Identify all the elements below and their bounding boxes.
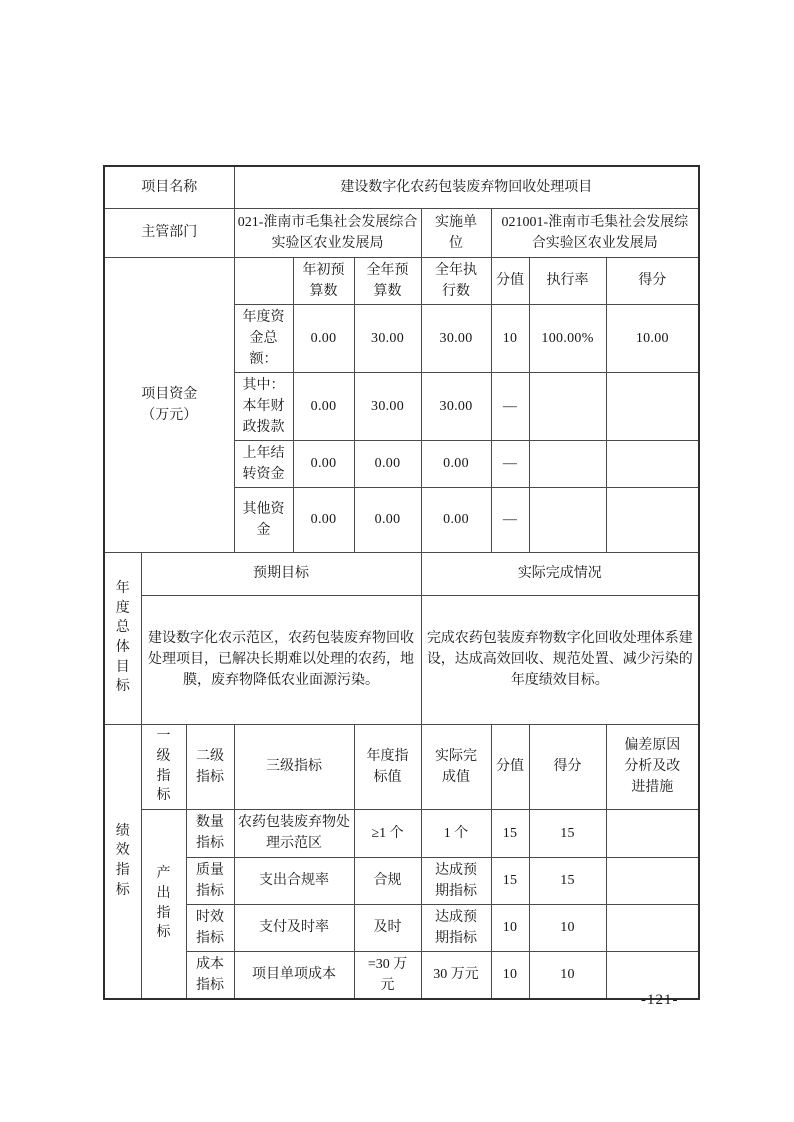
perf-actual-cell: 达成预期指标 bbox=[421, 857, 491, 904]
expected-goal-header: 预期目标 bbox=[141, 552, 421, 595]
fund-score-value bbox=[606, 372, 699, 440]
dept-value: 021-淮南市毛集社会发展综合实验区农业发展局 bbox=[234, 208, 421, 257]
perf-deviation-cell bbox=[606, 857, 699, 904]
funds-section-label: 项目资金（万元） bbox=[104, 257, 234, 552]
funds-header-score-weight: 分值 bbox=[491, 257, 529, 304]
perf-header-deviation: 偏差原因分析及改进措施 bbox=[606, 724, 699, 809]
funds-subheader-empty-cell bbox=[234, 257, 293, 304]
perf-deviation-cell bbox=[606, 809, 699, 857]
perf-weight-cell: 15 bbox=[491, 857, 529, 904]
fund-weight-value: — bbox=[491, 372, 529, 440]
document-page: 项目名称 建设数字化农药包装废弃物回收处理项目 主管部门 021-淮南市毛集社会… bbox=[0, 0, 794, 1122]
fund-score-value bbox=[606, 487, 699, 552]
perf-l3-cell: 项目单项成本 bbox=[234, 951, 354, 999]
fund-annual-value: 0.00 bbox=[354, 440, 421, 487]
dept-label: 主管部门 bbox=[104, 208, 234, 257]
fund-executed-value: 30.00 bbox=[421, 372, 491, 440]
fund-annual-value: 30.00 bbox=[354, 372, 421, 440]
perf-header-level1: 一级指标 bbox=[141, 724, 186, 809]
fund-initial-value: 0.00 bbox=[293, 304, 354, 372]
perf-header-target: 年度指标值 bbox=[354, 724, 421, 809]
perf-l2-cell: 质量指标 bbox=[186, 857, 234, 904]
fund-weight-value: — bbox=[491, 487, 529, 552]
perf-l3-cell: 支付及时率 bbox=[234, 904, 354, 951]
fund-annual-value: 30.00 bbox=[354, 304, 421, 372]
fund-row-name: 上年结转资金 bbox=[234, 440, 293, 487]
perf-l3-cell: 支出合规率 bbox=[234, 857, 354, 904]
fund-score-value: 10.00 bbox=[606, 304, 699, 372]
perf-l2-cell: 时效指标 bbox=[186, 904, 234, 951]
actual-goal-header: 实际完成情况 bbox=[421, 552, 699, 595]
perf-header-level2: 二级指标 bbox=[186, 724, 234, 809]
performance-evaluation-table: 项目名称 建设数字化农药包装废弃物回收处理项目 主管部门 021-淮南市毛集社会… bbox=[103, 165, 700, 1000]
fund-score-value bbox=[606, 440, 699, 487]
perf-weight-cell: 10 bbox=[491, 904, 529, 951]
actual-goal-text: 完成农药包装废弃物数字化回收处理体系建设，达成高效回收、规范处置、减少污染的年度… bbox=[421, 595, 699, 724]
perf-target-cell: ≥1 个 bbox=[354, 809, 421, 857]
impl-unit-label: 实施单位 bbox=[421, 208, 491, 257]
project-name-value: 建设数字化农药包装废弃物回收处理项目 bbox=[234, 166, 699, 208]
fund-executed-value: 0.00 bbox=[421, 440, 491, 487]
perf-actual-cell: 达成预期指标 bbox=[421, 904, 491, 951]
perf-l2-cell: 数量指标 bbox=[186, 809, 234, 857]
fund-exec-rate-value bbox=[529, 372, 606, 440]
project-name-label: 项目名称 bbox=[104, 166, 234, 208]
impl-unit-value: 021001-淮南市毛集社会发展综合实验区农业发展局 bbox=[491, 208, 699, 257]
perf-target-cell: 合规 bbox=[354, 857, 421, 904]
annual-goal-label: 年度总体目标 bbox=[104, 552, 141, 724]
perf-section-label: 绩效指标 bbox=[104, 724, 141, 999]
page-number: -121- bbox=[641, 992, 679, 1009]
perf-score-cell: 15 bbox=[529, 809, 606, 857]
funds-header-initial-budget: 年初预算数 bbox=[293, 257, 354, 304]
fund-weight-value: 10 bbox=[491, 304, 529, 372]
funds-header-annual-executed: 全年执行数 bbox=[421, 257, 491, 304]
expected-goal-text: 建设数字化农示范区，农药包装废弃物回收处理项目，已解决长期难以处理的农药，地膜，… bbox=[141, 595, 421, 724]
perf-weight-cell: 15 bbox=[491, 809, 529, 857]
fund-exec-rate-value bbox=[529, 440, 606, 487]
perf-header-actual: 实际完成值 bbox=[421, 724, 491, 809]
fund-executed-value: 30.00 bbox=[421, 304, 491, 372]
perf-header-level3: 三级指标 bbox=[234, 724, 354, 809]
perf-score-cell: 10 bbox=[529, 951, 606, 999]
perf-deviation-cell bbox=[606, 904, 699, 951]
perf-header-score: 得分 bbox=[529, 724, 606, 809]
funds-header-score: 得分 bbox=[606, 257, 699, 304]
fund-initial-value: 0.00 bbox=[293, 372, 354, 440]
fund-row-name: 年度资金总额： bbox=[234, 304, 293, 372]
fund-exec-rate-value: 100.00% bbox=[529, 304, 606, 372]
perf-header-weight: 分值 bbox=[491, 724, 529, 809]
fund-annual-value: 0.00 bbox=[354, 487, 421, 552]
fund-executed-value: 0.00 bbox=[421, 487, 491, 552]
funds-header-annual-budget: 全年预算数 bbox=[354, 257, 421, 304]
fund-initial-value: 0.00 bbox=[293, 487, 354, 552]
perf-target-cell: 及时 bbox=[354, 904, 421, 951]
fund-exec-rate-value bbox=[529, 487, 606, 552]
fund-row-name: 其他资金 bbox=[234, 487, 293, 552]
perf-actual-cell: 1 个 bbox=[421, 809, 491, 857]
perf-level1-output: 产出指标 bbox=[141, 809, 186, 999]
perf-score-cell: 15 bbox=[529, 857, 606, 904]
perf-target-cell: =30 万元 bbox=[354, 951, 421, 999]
perf-score-cell: 10 bbox=[529, 904, 606, 951]
perf-l2-cell: 成本指标 bbox=[186, 951, 234, 999]
fund-row-name: 其中：本年财政拨款 bbox=[234, 372, 293, 440]
perf-actual-cell: 30 万元 bbox=[421, 951, 491, 999]
funds-header-execution-rate: 执行率 bbox=[529, 257, 606, 304]
fund-initial-value: 0.00 bbox=[293, 440, 354, 487]
perf-l3-cell: 农药包装废弃物处理示范区 bbox=[234, 809, 354, 857]
fund-weight-value: — bbox=[491, 440, 529, 487]
perf-weight-cell: 10 bbox=[491, 951, 529, 999]
